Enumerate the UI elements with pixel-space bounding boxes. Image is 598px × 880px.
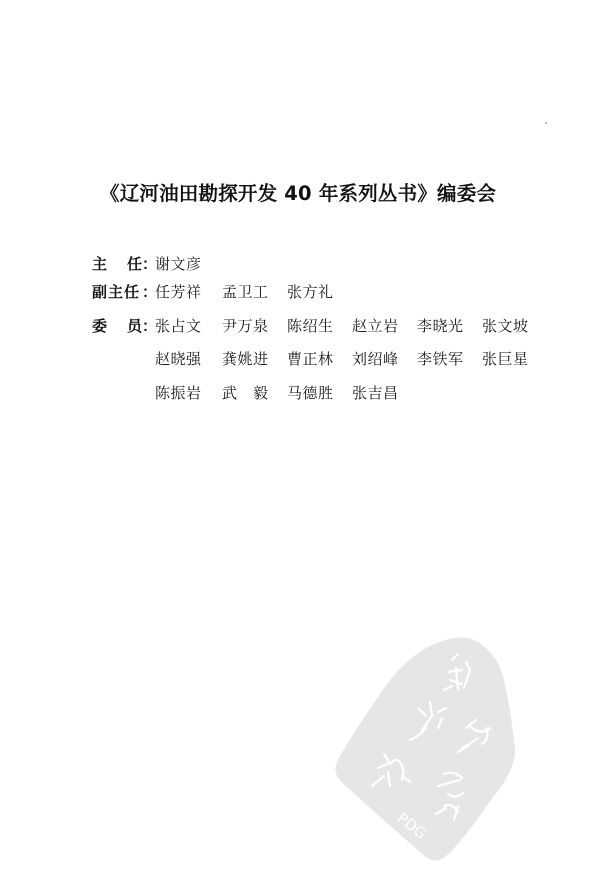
watermark-seal-icon: PDG — [0, 0, 598, 880]
seal-glyphs — [372, 654, 490, 820]
member-name: 张占文 — [155, 316, 202, 336]
member-name: 曹正林 — [287, 349, 334, 369]
scan-speck — [545, 122, 547, 124]
label-char: 员 — [127, 316, 142, 336]
member-name: 马德胜 — [287, 383, 334, 403]
seal-shape — [335, 638, 515, 861]
label-char: 委 — [92, 316, 107, 336]
member-name: 刘绍峰 — [352, 349, 399, 369]
member-name: 赵立岩 — [352, 316, 399, 336]
page-title: 《辽河油田勘探开发 40 年系列丛书》编委会 — [100, 181, 502, 207]
member-name: 张巨星 — [482, 349, 529, 369]
label-char: 任 — [124, 282, 139, 302]
label-char: 主 — [92, 254, 107, 274]
member-name: 龚姚进 — [222, 349, 269, 369]
director-name: 谢文彦 — [155, 254, 202, 274]
member-name: 陈绍生 — [287, 316, 334, 336]
member-name: 陈振岩 — [155, 383, 202, 403]
member-name: 张吉昌 — [352, 383, 399, 403]
member-name: 张文坡 — [482, 316, 529, 336]
deputy-director-name: 张方礼 — [287, 282, 334, 302]
member-name: 李晓光 — [417, 316, 464, 336]
member-name: 尹万泉 — [222, 316, 269, 336]
member-name: 武 毅 — [222, 383, 269, 403]
label-char: 主 — [108, 282, 123, 302]
deputy-director-name: 孟卫工 — [222, 282, 269, 302]
label-char: 任 — [127, 254, 142, 274]
member-name: 赵晓强 — [155, 349, 202, 369]
watermark-text: PDG — [394, 809, 430, 843]
label-char: 副 — [92, 282, 107, 302]
deputy-director-name: 任芳祥 — [155, 282, 202, 302]
member-name: 李铁军 — [417, 349, 464, 369]
